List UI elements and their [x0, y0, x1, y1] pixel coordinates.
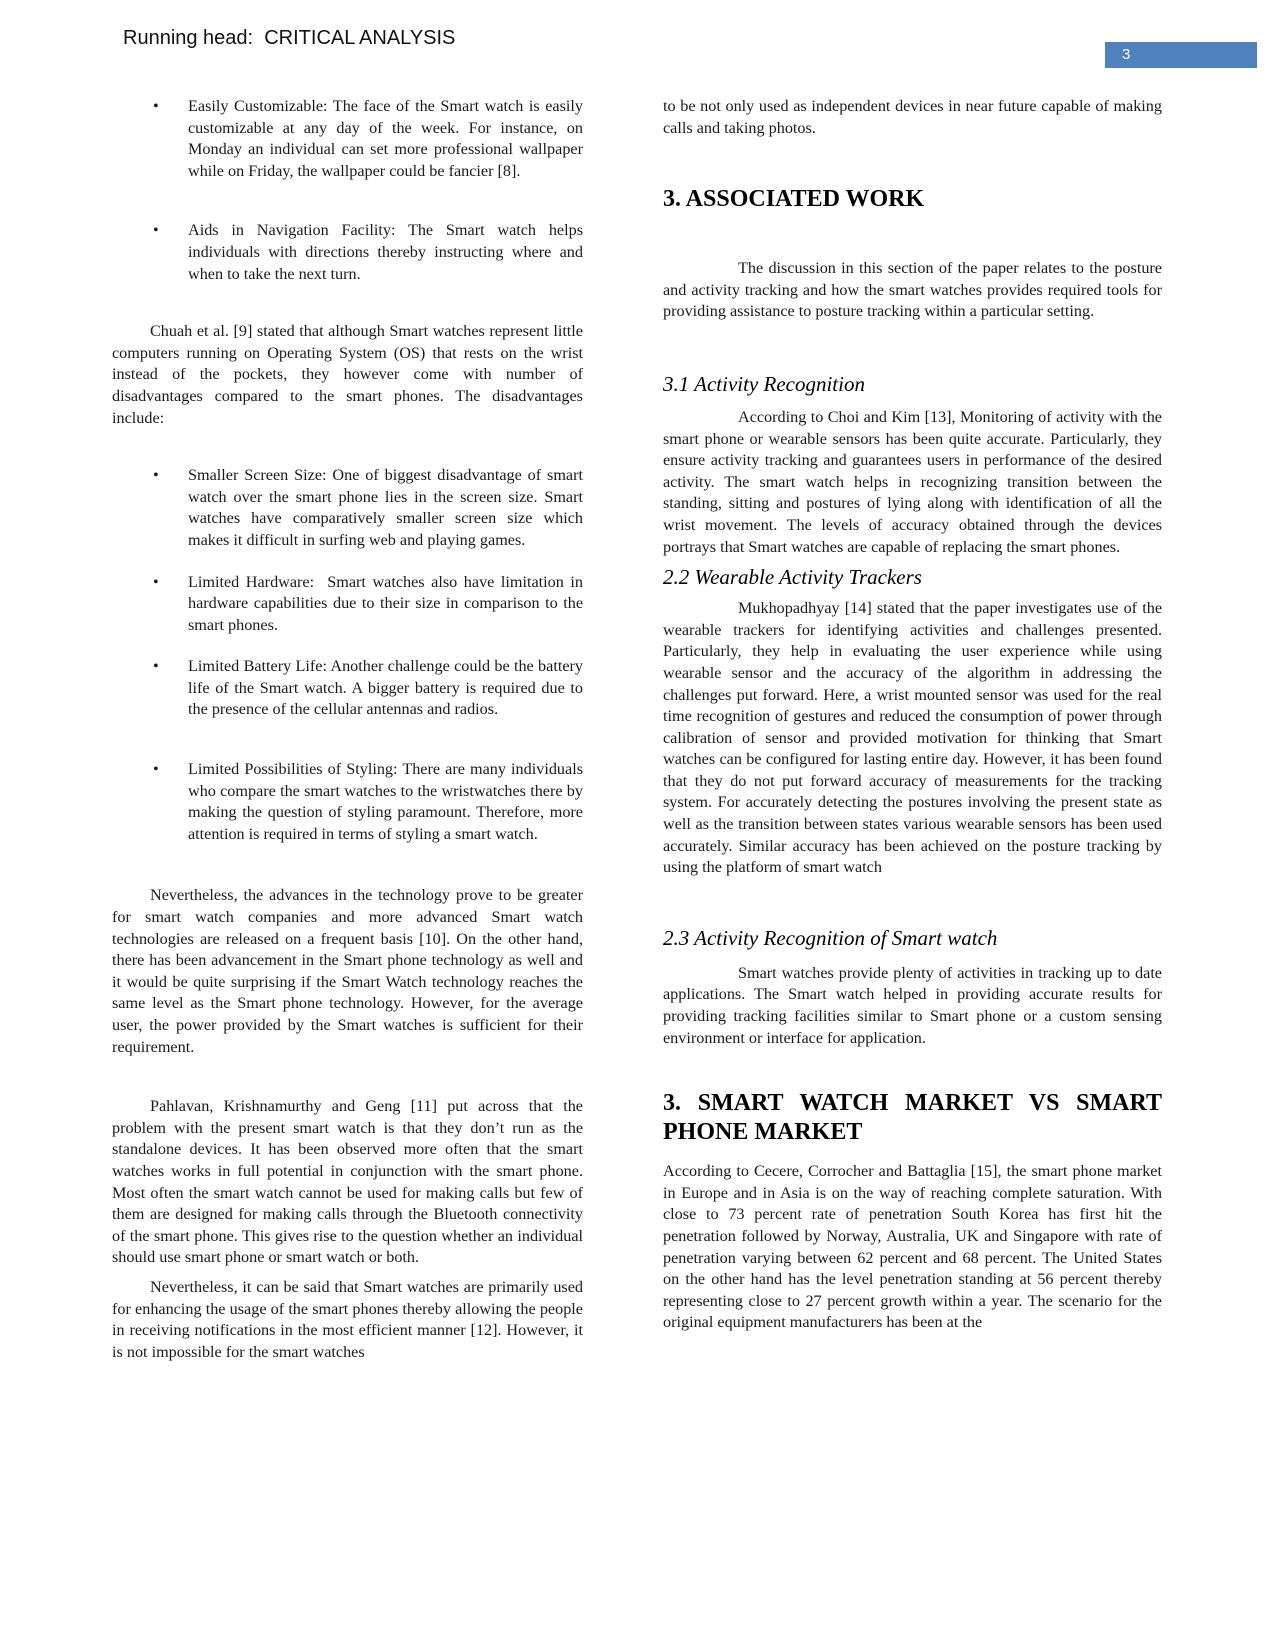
paragraph-continuation: to be not only used as independent devic…	[663, 96, 1162, 139]
heading-associated-work: 3. ASSOCIATED WORK	[663, 185, 1162, 214]
paragraph-chuah: Chuah et al. [9] stated that although Sm…	[112, 321, 583, 429]
list-item-limited-battery: • Limited Battery Life: Another challeng…	[112, 656, 583, 721]
list-item-text: Limited Battery Life: Another challenge …	[188, 657, 583, 718]
list-item-easily-customizable: • Easily Customizable: The face of the S…	[112, 96, 583, 182]
heading-wearable-trackers: 2.2 Wearable Activity Trackers	[663, 564, 1162, 590]
list-item-text: Smaller Screen Size: One of biggest disa…	[188, 466, 583, 549]
list-item-limited-hardware: • Limited Hardware: Smart watches also h…	[112, 572, 583, 637]
list-item-navigation-facility: • Aids in Navigation Facility: The Smart…	[112, 220, 583, 285]
paragraph-advances: Nevertheless, the advances in the techno…	[112, 885, 583, 1058]
bullet-icon: •	[153, 96, 159, 118]
bullet-icon: •	[153, 572, 159, 594]
paragraph-cecere: According to Cecere, Corrocher and Batta…	[663, 1161, 1162, 1334]
bullet-icon: •	[153, 759, 159, 781]
running-head: Running head: CRITICAL ANALYSIS	[123, 27, 455, 50]
left-column: • Easily Customizable: The face of the S…	[112, 96, 583, 1363]
heading-activity-recognition: 3.1 Activity Recognition	[663, 371, 1162, 397]
list-item-text: Aids in Navigation Facility: The Smart w…	[188, 221, 583, 282]
bullet-icon: •	[153, 220, 159, 242]
list-item-smaller-screen: • Smaller Screen Size: One of biggest di…	[112, 465, 583, 551]
document-page: Running head: CRITICAL ANALYSIS 3 • Easi…	[0, 0, 1275, 1650]
list-item-limited-styling: • Limited Possibilities of Styling: Ther…	[112, 759, 583, 845]
list-item-text: Easily Customizable: The face of the Sma…	[188, 97, 583, 180]
heading-activity-smartwatch: 2.3 Activity Recognition of Smart watch	[663, 925, 1162, 951]
bullet-icon: •	[153, 656, 159, 678]
list-item-text: Limited Hardware: Smart watches also hav…	[188, 573, 583, 634]
paragraph-smartwatch-tracking: Smart watches provide plenty of activiti…	[663, 963, 1162, 1049]
page-number-box: 3	[1105, 42, 1257, 68]
heading-market: 3. SMART WATCH MARKET VS SMART PHONE MAR…	[663, 1089, 1162, 1147]
page-number: 3	[1105, 42, 1130, 68]
paragraph-pahlavan: Pahlavan, Krishnamurthy and Geng [11] pu…	[112, 1096, 583, 1269]
paragraph-nevertheless: Nevertheless, it can be said that Smart …	[112, 1277, 583, 1363]
bullet-icon: •	[153, 465, 159, 487]
right-column: to be not only used as independent devic…	[663, 96, 1162, 1334]
paragraph-choi-kim: According to Choi and Kim [13], Monitori…	[663, 407, 1162, 558]
paragraph-mukhopadhyay: Mukhopadhyay [14] stated that the paper …	[663, 598, 1162, 879]
paragraph-discussion: The discussion in this section of the pa…	[663, 258, 1162, 323]
list-item-text: Limited Possibilities of Styling: There …	[188, 760, 583, 843]
